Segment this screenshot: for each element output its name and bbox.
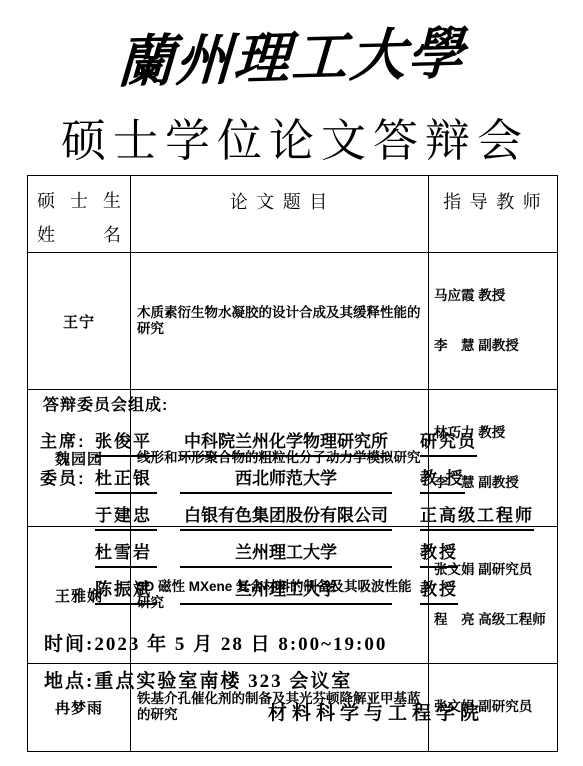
- committee-row-chair: 主席: 张俊平 中科院兰州化学物理研究所 研究员: [0, 431, 583, 461]
- department-signature: 材料科学与工程学院: [268, 698, 484, 725]
- committee-row-member: 委员: 杜正银 西北师范大学 教 授: [0, 468, 583, 498]
- advisor-line: 马应霞 教授: [434, 288, 555, 305]
- page-title: 硕士学位论文答辩会: [0, 104, 583, 169]
- committee-row-member: 于建忠 白银有色集团股份有限公司 正高级工程师: [0, 505, 583, 535]
- committee-member-org: 兰州理工大学: [180, 542, 392, 568]
- committee-member-title: 研究员: [420, 431, 477, 457]
- committee-member-name: 张俊平: [95, 431, 157, 457]
- committee-member-name: 陈振斌: [95, 579, 157, 605]
- committee-member-name: 杜雪岩: [95, 542, 157, 568]
- committee-member-title: 教授: [420, 542, 458, 568]
- thesis-title: 木质素衍生物水凝胶的设计合成及其缓释性能的研究: [131, 253, 429, 390]
- advisors: 马应霞 教授 李 慧 副教授: [429, 253, 558, 390]
- committee-role-label: 主席:: [40, 431, 95, 453]
- header-student-name-line2: 姓 名: [37, 218, 121, 252]
- advisor-line: 李 慧 副教授: [434, 338, 555, 355]
- committee-heading: 答辩委员会组成:: [43, 392, 168, 415]
- committee-member-org: 中科院兰州化学物理研究所: [180, 431, 392, 457]
- committee-member-name: 杜正银: [95, 468, 157, 494]
- committee-member-title: 教授: [420, 579, 458, 605]
- header-advisor: 指 导 教 师: [429, 176, 558, 253]
- header-thesis-title: 论 文 题 目: [131, 176, 429, 253]
- committee-member-org: 西北师范大学: [180, 468, 392, 494]
- header-student-name-line1: 硕 士 生: [37, 184, 121, 218]
- committee-member-org: 白银有色集团股份有限公司: [180, 505, 392, 531]
- header-student-name: 硕 士 生 姓 名: [28, 176, 131, 253]
- committee-member-title: 教 授: [420, 468, 465, 494]
- university-calligraphy-logo: 蘭州理工大學: [0, 14, 583, 103]
- student-name: 王宁: [28, 253, 131, 390]
- table-header-row: 硕 士 生 姓 名 论 文 题 目 指 导 教 师: [28, 176, 558, 253]
- advisor-line: 程 亮 高级工程师: [434, 612, 555, 629]
- location-line: 地点:重点实验室南楼 323 会议室: [44, 666, 352, 693]
- committee-member-title: 正高级工程师: [420, 505, 534, 531]
- table-row: 王宁 木质素衍生物水凝胶的设计合成及其缓释性能的研究 马应霞 教授 李 慧 副教…: [28, 253, 558, 390]
- committee-role-label: 委员:: [40, 468, 95, 490]
- defense-notice-page: 蘭州理工大學 硕士学位论文答辩会 硕 士 生 姓 名 论 文 题 目 指 导 教…: [0, 0, 583, 766]
- committee-row-member: 杜雪岩 兰州理工大学 教授: [0, 542, 583, 572]
- committee-member-name: 于建忠: [95, 505, 157, 531]
- committee-member-org: 兰州理工大学: [180, 579, 392, 605]
- time-line: 时间:2023 年 5 月 28 日 8:00~19:00: [44, 629, 387, 656]
- committee-row-member: 陈振斌 兰州理工大学 教授: [0, 579, 583, 609]
